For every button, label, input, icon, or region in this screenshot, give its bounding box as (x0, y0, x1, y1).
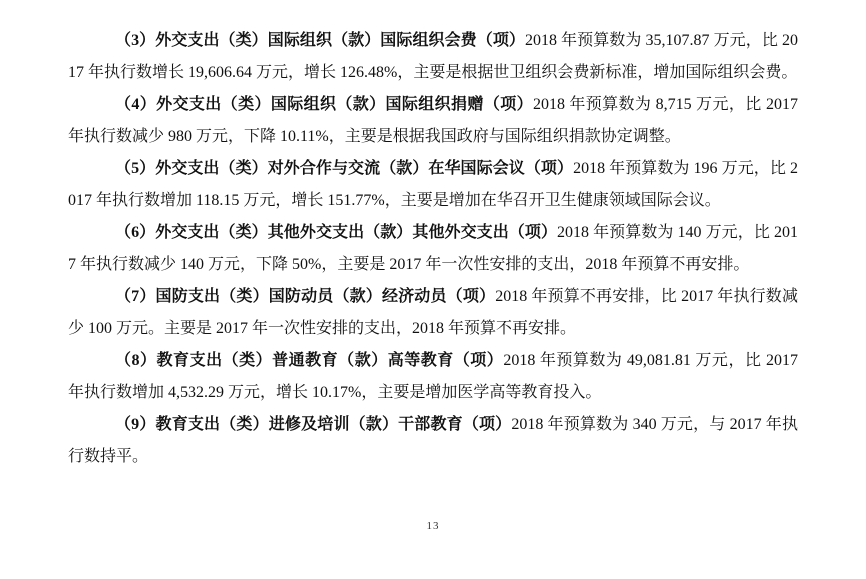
paragraph-heading: （9）教育支出（类）进修及培训（款）干部教育（项） (115, 416, 511, 433)
paragraph: （6）外交支出（类）其他外交支出（款）其他外交支出（项）2018 年预算数为 1… (68, 217, 798, 281)
document-content: （3）外交支出（类）国际组织（款）国际组织会费（项）2018 年预算数为 35,… (68, 25, 798, 473)
paragraph: （3）外交支出（类）国际组织（款）国际组织会费（项）2018 年预算数为 35,… (68, 25, 798, 89)
paragraph-heading: （4）外交支出（类）国际组织（款）国际组织捐赠（项） (115, 96, 533, 113)
paragraph-heading: （3）外交支出（类）国际组织（款）国际组织会费（项） (115, 32, 525, 49)
paragraph: （9）教育支出（类）进修及培训（款）干部教育（项）2018 年预算数为 340 … (68, 409, 798, 473)
paragraph: （5）外交支出（类）对外合作与交流（款）在华国际会议（项）2018 年预算数为 … (68, 153, 798, 217)
paragraph: （8）教育支出（类）普通教育（款）高等教育（项）2018 年预算数为 49,08… (68, 345, 798, 409)
paragraph-heading: （6）外交支出（类）其他外交支出（款）其他外交支出（项） (115, 224, 557, 241)
paragraph: （4）外交支出（类）国际组织（款）国际组织捐赠（项）2018 年预算数为 8,7… (68, 89, 798, 153)
page-number: 13 (0, 520, 866, 532)
paragraph: （7）国防支出（类）国防动员（款）经济动员（项）2018 年预算不再安排，比 2… (68, 281, 798, 345)
paragraph-heading: （7）国防支出（类）国防动员（款）经济动员（项） (115, 288, 495, 305)
paragraph-heading: （8）教育支出（类）普通教育（款）高等教育（项） (115, 352, 503, 369)
document-page: （3）外交支出（类）国际组织（款）国际组织会费（项）2018 年预算数为 35,… (0, 0, 866, 579)
paragraph-heading: （5）外交支出（类）对外合作与交流（款）在华国际会议（项） (115, 160, 573, 177)
